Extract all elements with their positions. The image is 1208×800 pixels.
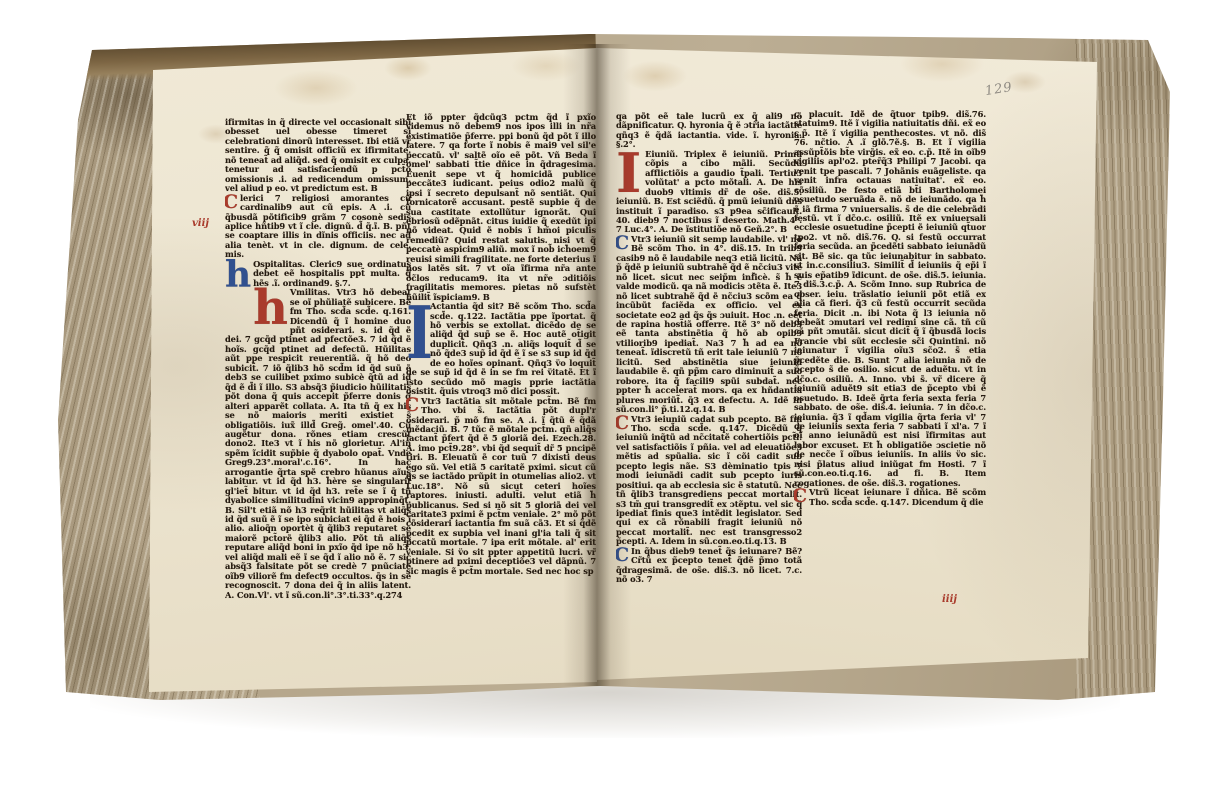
right-page: qa põt eẽ tale lucrũ ex q̃ ali9 nõ dãpni… [597,46,1102,682]
photo-background: ifirmitas in q̃ directe vel occasionalt̃… [0,0,1208,800]
margin-numeral-left: viij [192,218,209,229]
paragraph: CVtrũ liceat ieiunare ĩ dñica. Bẽ scõm T… [794,488,986,507]
text-column: qa põt eẽ tale lucrũ ex q̃ ali9 nõ dãpni… [616,112,802,628]
paragraph: IEiuniũ. Triplex ẽ ieiuniũ. Primũ cõpis … [616,150,802,235]
paragraph: IActantia q̃d sit? Bẽ scõm Tho. scd̃a sc… [406,302,596,397]
paragraph: CVtr3 Iactãtia sit mõtale pct̃m. Bẽ fm T… [406,397,596,577]
illuminated-initial: I [406,302,425,364]
paragraph: Clerici 7 religiosi amorantes cũ cardina… [225,194,411,260]
illuminated-initial: C [794,488,809,505]
illuminated-initial: h [253,288,290,328]
illuminated-initial: C [616,235,631,252]
illuminated-initial: C [616,547,631,564]
paragraph: c. placuit. Idẽ de q̃tuor tpib9. dis̃.76… [794,110,986,488]
margin-numeral-right: iiij [942,594,957,605]
paragraph: hOspitalitas. Cleric9 sue ordinatus debe… [225,260,411,288]
text-column: ifirmitas in q̃ directe vel occasionalt̃… [225,118,411,626]
illuminated-initial: C [406,397,421,414]
illuminated-initial: C [225,194,240,211]
paragraph: Et iõ ppter q̃dcũq3 pct̃m q̃d ĩ pxĩo vid… [406,113,596,302]
paragraph: CVtr3 ieiuniũ sit semp laudabile. vl' nõ… [616,235,802,415]
text-column: Et iõ ppter q̃dcũq3 pct̃m q̃d ĩ pxĩo vid… [406,113,596,625]
paragraph: CVtr3 ieiuniũ cadat sub pcepto. Bẽ fm Th… [616,415,802,547]
text-column: c. placuit. Idẽ de q̃tuor tpib9. dis̃.76… [794,110,986,632]
paragraph: hVmilitas. Vtr3 hõ debeat se oĩ phũliatẽ… [225,288,411,600]
illuminated-initial: I [616,150,645,196]
paragraph: ifirmitas in q̃ directe vel occasionalt̃… [225,118,411,194]
paragraph: CIn q̃bus dieb9 tenet̃ q̃s ieiunare? Bẽ?… [616,547,802,585]
illuminated-initial: h [225,260,253,290]
paragraph: qa põt eẽ tale lucrũ ex q̃ ali9 nõ dãpni… [616,112,802,150]
left-page: ifirmitas in q̃ directe vel occasionalt̃… [146,46,597,694]
illuminated-initial: C [616,415,631,432]
pencil-folio-number: 129 [984,80,1014,99]
